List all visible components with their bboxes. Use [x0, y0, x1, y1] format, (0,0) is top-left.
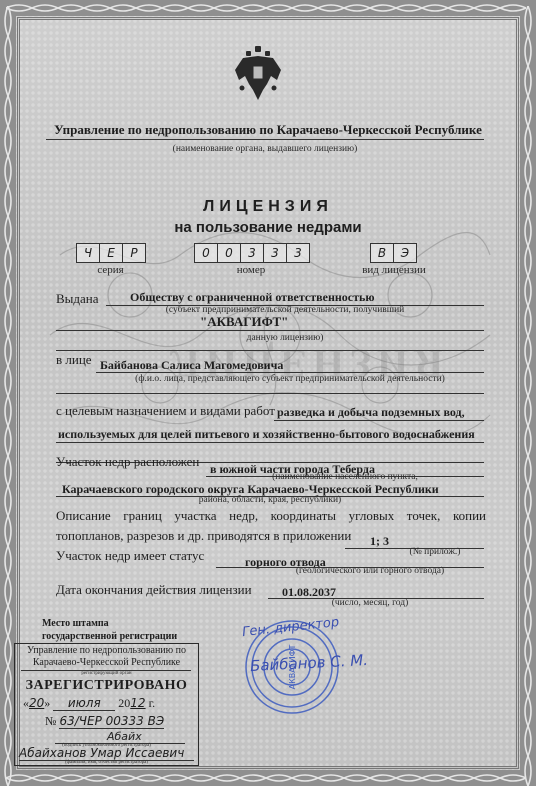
registration-stamp: Управление по недропользованию по Карача… — [14, 643, 199, 766]
location-caption-2: района, области, края, республики) — [56, 495, 484, 505]
registrar-name: Абайханов Умар Иссаевич — [19, 746, 184, 760]
stamp-org-1: Управление по недропользованию по — [15, 645, 198, 657]
purpose-label: с целевым назначением и видами работ — [56, 403, 275, 419]
rule — [46, 139, 484, 140]
representative-caption: (ф.и.о. лица, представляющего субъект пр… — [96, 374, 484, 384]
registrar-caption: (фамилия, имя, отчество регистратора) — [15, 760, 198, 765]
license-number-boxes: 0 0 3 3 3 — [194, 243, 310, 263]
issued-to-label: Выдана — [56, 291, 99, 307]
number-label: номер — [194, 264, 308, 276]
stamp-org: Управление по недропользованию по Карача… — [15, 645, 198, 669]
issued-to-caption-2: данную лицензию) — [120, 333, 450, 343]
stamp-heading-1: Место штампа — [42, 617, 177, 630]
number-digit: 0 — [195, 244, 218, 262]
rule — [56, 350, 484, 351]
braid-border-bottom — [6, 772, 526, 784]
license-document: ЛИЦЕНЗИЯ Управление по недропользованию … — [0, 0, 536, 786]
stamp-heading-2: государственной регистрации — [42, 630, 177, 643]
series-char: Е — [100, 244, 123, 262]
issued-to-value: Обществу с ограниченной ответственностью — [130, 290, 375, 305]
boundaries-text-1: Описание границ участка недр, координаты… — [56, 508, 486, 524]
location-label: Участок недр расположен — [56, 454, 199, 470]
license-series-boxes: Ч Е Р — [76, 243, 146, 263]
stamp-org-caption: регистрирующий орган — [15, 671, 198, 676]
number-digit: 3 — [287, 244, 309, 262]
type-label: вид лицензии — [348, 264, 440, 276]
rule — [56, 442, 484, 443]
license-type-boxes: В Э — [370, 243, 417, 263]
type-char: В — [371, 244, 394, 262]
appendix-value: 1; 3 — [370, 534, 389, 549]
expiry-caption: (число, месяц, год) — [300, 598, 440, 608]
series-char: Ч — [77, 244, 100, 262]
stamp-date: «20» июля 2012 г. — [23, 696, 155, 711]
boundaries-text-2: топопланов, разрезов и др. приводятся в … — [56, 528, 351, 544]
purpose-value-2: используемых для целей питьевого и хозяй… — [58, 427, 475, 442]
rule — [56, 330, 484, 331]
status-label: Участок недр имеет статус — [56, 548, 204, 564]
braid-border-top — [6, 2, 526, 14]
represented-by-label: в лице — [56, 352, 92, 368]
stamp-month: июля — [53, 696, 115, 711]
representative-name: Байбанова Салиса Магомедовича — [100, 358, 283, 373]
stamp-place-heading: Место штампа государственной регистрации — [42, 617, 177, 643]
rule — [274, 420, 484, 421]
stamp-org-2: Карачаево-Черкесской Республике — [15, 657, 198, 669]
stamp-year-unit: г. — [149, 696, 156, 710]
number-digit: 3 — [241, 244, 264, 262]
stamp-year-suffix: 12 — [130, 696, 145, 710]
stamp-number-value: 63/ЧЕР 00333 ВЭ — [59, 714, 164, 729]
expiry-label: Дата окончания действия лицензии — [56, 582, 252, 598]
series-label: серия — [76, 264, 145, 276]
series-char: Р — [123, 244, 145, 262]
rule — [56, 393, 484, 394]
braid-border-right — [522, 6, 534, 786]
registered-label: ЗАРЕГИСТРИРОВАНО — [15, 678, 198, 694]
number-digit: 3 — [264, 244, 287, 262]
document-title: ЛИЦЕНЗИЯ — [0, 198, 536, 216]
issuing-authority: Управление по недропользованию по Карача… — [40, 122, 496, 138]
coat-of-arms-icon — [233, 44, 283, 102]
issuing-authority-caption: (наименование органа, выдавшего лицензию… — [46, 144, 484, 154]
type-char: Э — [394, 244, 416, 262]
document-subtitle: на пользование недрами — [0, 219, 536, 236]
rule — [96, 372, 484, 373]
purpose-value-1: разведка и добыча подземных вод, — [277, 405, 465, 420]
appendix-caption: (№ прилож.) — [395, 547, 475, 557]
registrar-signature: Абайх — [107, 730, 142, 743]
company-name: "АКВАГИФТ" — [200, 314, 288, 330]
stamp-year-prefix: 20 — [118, 696, 130, 710]
stamp-number: № 63/ЧЕР 00333 ВЭ — [45, 714, 164, 729]
location-caption-1: (наименование населенного пункта, — [206, 472, 484, 482]
number-digit: 0 — [218, 244, 241, 262]
status-caption: (геологического или горного отвода) — [280, 566, 460, 576]
stamp-day: 20 — [29, 696, 44, 710]
braid-border-left — [2, 6, 14, 786]
